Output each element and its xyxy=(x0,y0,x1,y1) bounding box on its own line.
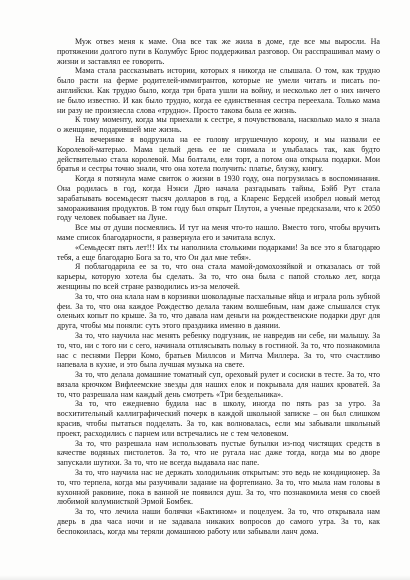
paragraph: Я поблагодарила ее за то, что она стала … xyxy=(57,262,380,291)
paragraph: За то, что разрешала нам использовать пу… xyxy=(57,439,380,468)
paragraph: К тому моменту, когда мы приехали к сест… xyxy=(57,115,380,135)
paragraph: Муж отвез меня к маме. Она все так же жи… xyxy=(57,37,380,66)
paragraph: За то, что она клала нам в корзинки шоко… xyxy=(57,292,380,331)
paragraph: За то, что лечила наши болячки «Бактином… xyxy=(57,507,380,536)
paragraph: Все мы от души посмеялись. И тут на меня… xyxy=(57,223,380,243)
paragraph: За то, что научила нас менять ребенку по… xyxy=(57,331,380,370)
paragraph: «Семьдесят пять лет!!! Их ты наполнила с… xyxy=(57,243,380,263)
paragraph: Когда я потянула маме свиток о жизни в 1… xyxy=(57,174,380,223)
paragraph: За то, что делала домашние томатный суп,… xyxy=(57,370,380,399)
paragraph: За то, что ежедневно будила нас в школу,… xyxy=(57,399,380,438)
scanned-book-page: Муж отвез меня к маме. Она все так же жи… xyxy=(0,0,410,580)
paragraph: За то, что научила нас не держать холоди… xyxy=(57,468,380,507)
paragraph: На вечеринке я водрузила на ее голову иг… xyxy=(57,135,380,174)
paragraph: Мама стала рассказывать истории, которых… xyxy=(57,66,380,115)
